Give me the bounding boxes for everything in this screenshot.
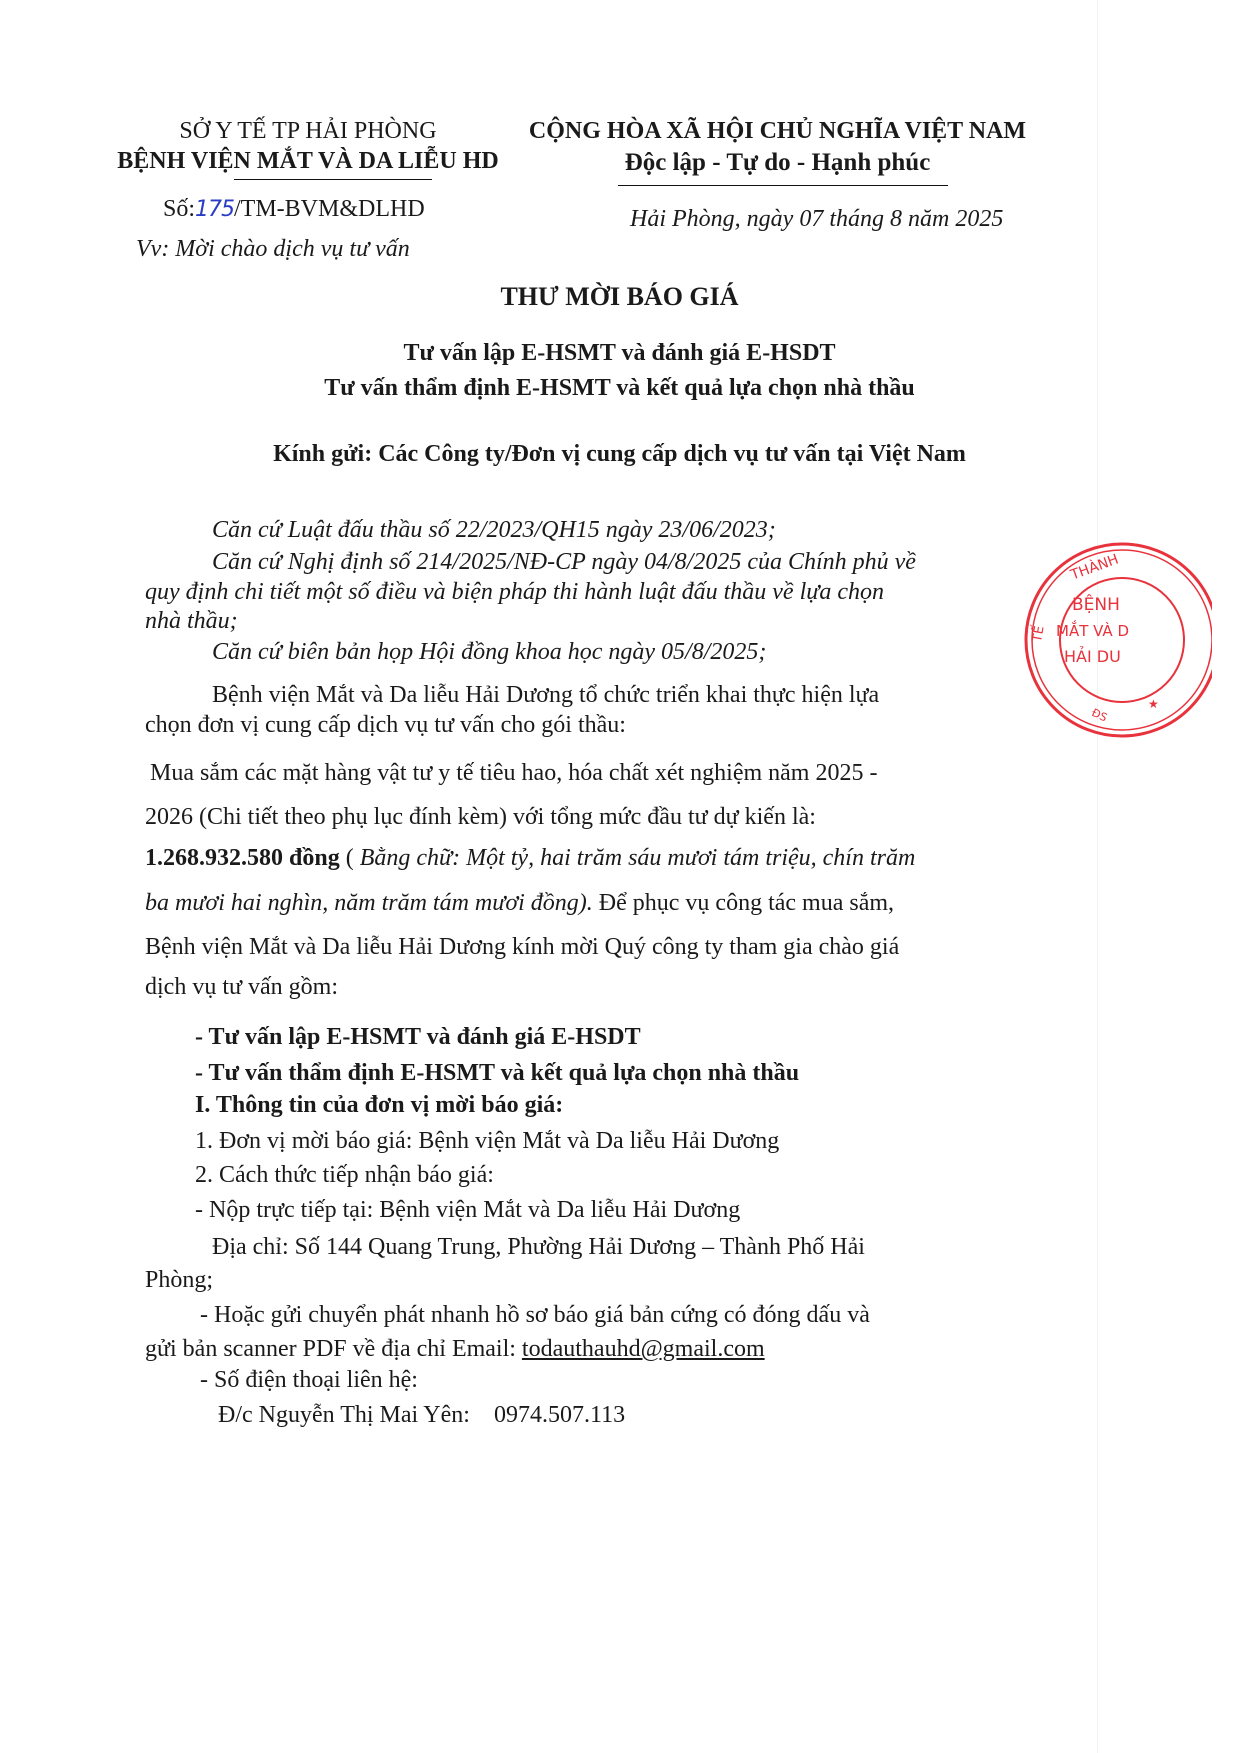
doc-number-label: Số: [163,196,195,222]
total-amount: 1.268.932.580 đồng [145,845,340,871]
email-label: gửi bản scanner PDF về địa chỉ Email: [145,1336,522,1362]
intro-line-2: chọn đơn vị cung cấp dịch vụ tư vấn cho … [145,710,626,740]
svg-text:★: ★ [1148,697,1159,711]
national-motto: Độc lập - Tự do - Hạnh phúc [520,146,1035,180]
red-seal-stamp-icon: THÀNH TẾ BỆNH MẮT VÀ D HẢI DU ĐS ★ [1012,540,1212,740]
amount-line-2: ba mươi hai nghìn, năm trăm tám mươi đồn… [145,888,894,918]
section-1-heading: I. Thông tin của đơn vị mời báo giá: [195,1090,563,1120]
section-1-item-2: 2. Cách thức tiếp nhận báo giá: [195,1160,494,1190]
issuer-block: SỞ Y TẾ TP HẢI PHÒNG BỆNH VIỆN MẮT VÀ DA… [108,116,508,176]
direct-submission: - Nộp trực tiếp tại: Bệnh viện Mắt và Da… [195,1195,740,1225]
amount-line: 1.268.932.580 đồng ( Bằng chữ: Một tỷ, h… [145,843,915,873]
recipient-line: Kính gửi: Các Công ty/Đơn vị cung cấp dị… [0,441,1239,468]
paren-open: ( [340,845,360,871]
email-link[interactable]: todauthauhd@gmail.com [522,1336,765,1362]
phone-label: - Số điện thoại liên hệ: [200,1365,418,1395]
scan-fold-line [1097,0,1098,1753]
stamp-line-2: MẮT VÀ D [1056,619,1129,640]
document-title: THƯ MỜI BÁO GIÁ [0,282,1239,312]
package-line-1: Mua sắm các mặt hàng vật tư y tế tiêu ha… [150,758,877,788]
national-motto-block: CỘNG HÒA XÃ HỘI CHỦ NGHĨA VIỆT NAM Độc l… [520,116,1035,180]
stamp-line-3: HẢI DU [1064,646,1121,666]
legal-basis-2a: Căn cứ Nghị định số 214/2025/NĐ-CP ngày … [212,547,916,577]
stamp-left-text: TẾ [1028,624,1048,645]
courier-line-2: gửi bản scanner PDF về địa chỉ Email: to… [145,1334,765,1364]
document-number: Số:175/TM-BVM&DLHD [163,196,425,223]
legal-basis-1: Căn cứ Luật đấu thầu số 22/2023/QH15 ngà… [212,515,776,545]
issuer-hospital: BỆNH VIỆN MẮT VÀ DA LIỄU HD [108,146,508,176]
subtitle-1: Tư vấn lập E-HSMT và đánh giá E-HSDT [0,340,1239,367]
package-line-2: 2026 (Chi tiết theo phụ lục đính kèm) vớ… [145,802,816,832]
courier-line-1: - Hoặc gửi chuyển phát nhanh hồ sơ báo g… [200,1300,870,1330]
address-line-2: Phòng; [145,1265,213,1295]
document-subject: Vv: Mời chào dịch vụ tư vấn [136,236,410,263]
legal-basis-3: Căn cứ biên bản họp Hội đồng khoa học ng… [212,637,766,667]
address-line-1: Địa chỉ: Số 144 Quang Trung, Phường Hải … [212,1232,865,1262]
service-item-2: - Tư vấn thẩm định E-HSMT và kết quả lựa… [195,1058,799,1088]
intro-line-1: Bệnh viện Mắt và Da liễu Hải Dương tổ ch… [212,680,879,710]
amount-in-words-1: Bằng chữ: Một tỷ, hai trăm sáu mươi tám … [360,845,916,871]
services-intro: dịch vụ tư vấn gồm: [145,972,338,1002]
doc-number-code: /TM-BVM&DLHD [234,196,425,222]
contact-name: Đ/c Nguyễn Thị Mai Yên: [218,1402,470,1428]
country-name: CỘNG HÒA XÃ HỘI CHỦ NGHĨA VIỆT NAM [520,116,1035,146]
place-date: Hải Phòng, ngày 07 tháng 8 năm 2025 [630,206,1003,233]
amount-in-words-2: ba mươi hai nghìn, năm trăm tám mươi đồn… [145,890,593,916]
service-item-1: - Tư vấn lập E-HSMT và đánh giá E-HSDT [195,1022,641,1052]
legal-basis-2b: quy định chi tiết một số điều và biện ph… [145,577,884,607]
handwritten-number: 175 [195,197,234,222]
motto-underline [618,185,948,186]
issuer-underline [234,179,432,180]
section-1-item-1: 1. Đơn vị mời báo giá: Bệnh viện Mắt và … [195,1126,779,1156]
legal-basis-2c: nhà thầu; [145,606,238,636]
issuer-department: SỞ Y TẾ TP HẢI PHÒNG [108,116,508,146]
purpose-text: Để phục vụ công tác mua sắm, [593,890,894,916]
stamp-bottom-text: ĐS [1090,706,1110,724]
contact-phone: 0974.507.113 [494,1402,625,1428]
contact-line: Đ/c Nguyễn Thị Mai Yên: 0974.507.113 [218,1400,625,1430]
subtitle-2: Tư vấn thẩm định E-HSMT và kết quả lựa c… [0,375,1239,402]
stamp-line-1: BỆNH [1072,593,1120,615]
invite-line: Bệnh viện Mắt và Da liễu Hải Dương kính … [145,932,899,962]
